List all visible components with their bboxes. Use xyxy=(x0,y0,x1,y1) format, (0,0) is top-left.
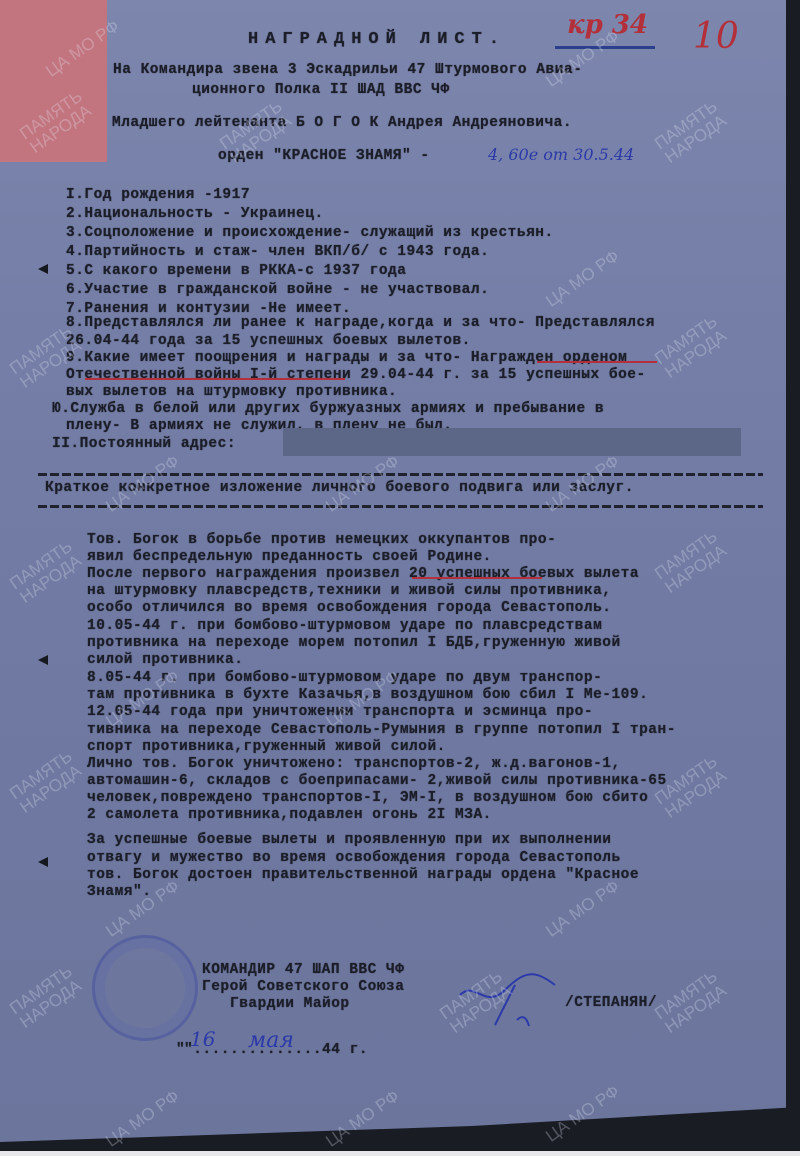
q-white-army: Ю.Служба в белой или других буржуазных а… xyxy=(52,401,604,417)
narrative-line: явил беспредельную преданность своей Род… xyxy=(87,549,492,565)
document-title: НАГРАДНОЙ ЛИСТ. xyxy=(248,30,506,49)
nomination-line-2: ционного Полка II ШАД ВВС ЧФ xyxy=(192,82,450,98)
rank-and-name: Младшего лейтенанта Б О Г О К Андрея Анд… xyxy=(112,115,572,131)
narrative-line: противника на переходе морем потопил I Б… xyxy=(87,635,621,651)
dashed-rule-bottom xyxy=(38,505,763,508)
signature-title: КОМАНДИР 47 ШАП ВВС ЧФ xyxy=(202,962,404,978)
q-awards: 9.Какие имеет поощрения и награды и за ч… xyxy=(66,350,627,366)
q-previous-nomination: 8.Представлялся ли ранее к награде,когда… xyxy=(66,315,655,331)
narrative-line: особо отличился во время освобождения го… xyxy=(87,600,611,616)
q-party: 4.Партийность и стаж- член ВКП/б/ с 1943… xyxy=(66,244,489,260)
q-army-since: 5.С какого времени в РККА-с 1937 года xyxy=(66,263,406,279)
narrative-line: человек,повреждено транспортов-I, ЭМ-I, … xyxy=(87,790,648,806)
page-bottom-edge xyxy=(0,1151,800,1156)
q-awards-cont-2: вых вылетов на штурмовку противника. xyxy=(66,384,397,400)
redacted-address xyxy=(283,428,741,456)
nomination-line-1: На Командира звена 3 Эскадрильи 47 Штурм… xyxy=(113,62,582,78)
q-birth-year: I.Год рождения -1917 xyxy=(66,187,250,203)
date-line: "..............44 г. xyxy=(184,1042,368,1058)
narrative-line: тивника на переходе Севастополь-Румыния … xyxy=(87,722,676,738)
signatory-name: /СТЕПАНЯН/ xyxy=(565,995,657,1011)
conclusion-line: отвагу и мужество во время освобождения … xyxy=(87,850,621,866)
q-nationality: 2.Национальность - Украинец. xyxy=(66,206,324,222)
q-address: II.Постоянный адрес: xyxy=(52,436,236,452)
red-underline xyxy=(412,577,542,579)
red-underline xyxy=(537,361,657,363)
q-social-origin: 3.Соцположение и происхождение- служащий… xyxy=(66,225,554,241)
q-civil-war: 6.Участие в гражданской войне - не участ… xyxy=(66,282,489,298)
red-underline xyxy=(85,378,345,380)
q-awards-cont: Отечественной войны I-й степени 29.04-44… xyxy=(66,367,646,383)
handwritten-order-note: 4, 60е от 30.5.44 xyxy=(488,145,634,164)
narrative-line: Лично тов. Богок уничтожено: транспортов… xyxy=(87,756,621,772)
narrative-line: Тов. Богок в борьбе против немецких окку… xyxy=(87,532,556,548)
narrative-line: спорт противника,груженный живой силой. xyxy=(87,739,446,755)
signature-rank: Гвардии Майор xyxy=(230,996,350,1012)
narrative-line: 2 самолета противника,подавлен огонь 2I … xyxy=(87,807,492,823)
narrative-line: 10.05-44 г. при бомбово-штурмовом ударе … xyxy=(87,618,602,634)
narrative-line: на штурмовку плавсредств,техники и живой… xyxy=(87,583,611,599)
narrative-line: После первого награждения произвел 20 ус… xyxy=(87,566,639,582)
handwritten-page-number: 10 xyxy=(693,16,739,57)
q-previous-nomination-cont: 26.04-44 года за 15 успешных боевых выле… xyxy=(66,333,471,349)
narrative-line: силой противника. xyxy=(87,652,243,668)
conclusion-line: За успешные боевые вылеты и проявленную … xyxy=(87,832,611,848)
narrative-line: автомашин-6, складов с боеприпасами- 2,ж… xyxy=(87,773,667,789)
signature-hero-title: Герой Советского Союза xyxy=(202,979,404,995)
official-stamp xyxy=(92,935,198,1041)
